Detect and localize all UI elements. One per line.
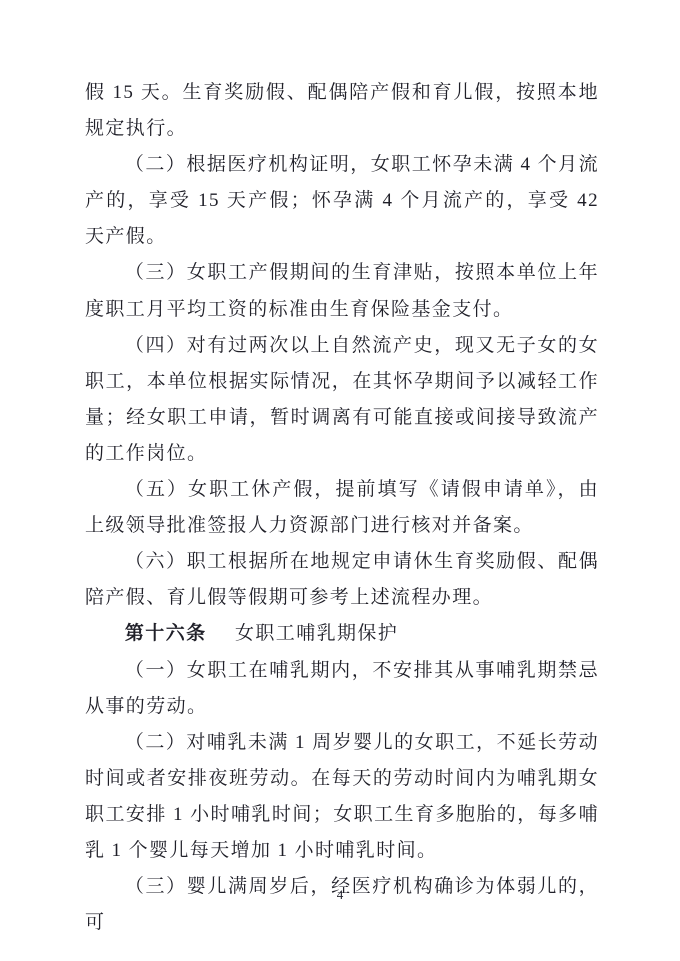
paragraph-clause-4: （四）对有过两次以上自然流产史，现又无子女的女职工，本单位根据实际情况，在其怀孕… [85, 328, 599, 472]
paragraph-clause-5: （五）女职工休产假，提前填写《请假申请单》，由上级领导批准签报人力资源部门进行核… [85, 472, 599, 544]
article-title: 女职工哺乳期保护 [235, 623, 398, 644]
document-page: 假 15 天。生育奖励假、配偶陪产假和育儿假，按照本地规定执行。 （二）根据医疗… [0, 0, 680, 961]
paragraph-nursing-clause-1: （一）女职工在哺乳期内，不安排其从事哺乳期禁忌从事的劳动。 [85, 653, 599, 725]
paragraph-clause-2: （二）根据医疗机构证明，女职工怀孕未满 4 个月流产的，享受 15 天产假；怀孕… [85, 147, 599, 255]
paragraph-nursing-clause-2: （二）对哺乳未满 1 周岁婴儿的女职工，不延长劳动时间或者安排夜班劳动。在每天的… [85, 725, 599, 869]
paragraph-nursing-clause-3: （三）婴儿满周岁后，经医疗机构确诊为体弱儿的，可 [85, 869, 599, 941]
page-number: 4 [0, 886, 680, 904]
article-heading: 第十六条女职工哺乳期保护 [85, 616, 599, 652]
paragraph-continuation: 假 15 天。生育奖励假、配偶陪产假和育儿假，按照本地规定执行。 [85, 75, 599, 147]
document-body: 假 15 天。生育奖励假、配偶陪产假和育儿假，按照本地规定执行。 （二）根据医疗… [85, 75, 599, 941]
paragraph-clause-3: （三）女职工产假期间的生育津贴，按照本单位上年度职工月平均工资的标准由生育保险基… [85, 255, 599, 327]
paragraph-clause-6: （六）职工根据所在地规定申请休生育奖励假、配偶陪产假、育儿假等假期可参考上述流程… [85, 544, 599, 616]
article-number: 第十六条 [125, 623, 207, 644]
